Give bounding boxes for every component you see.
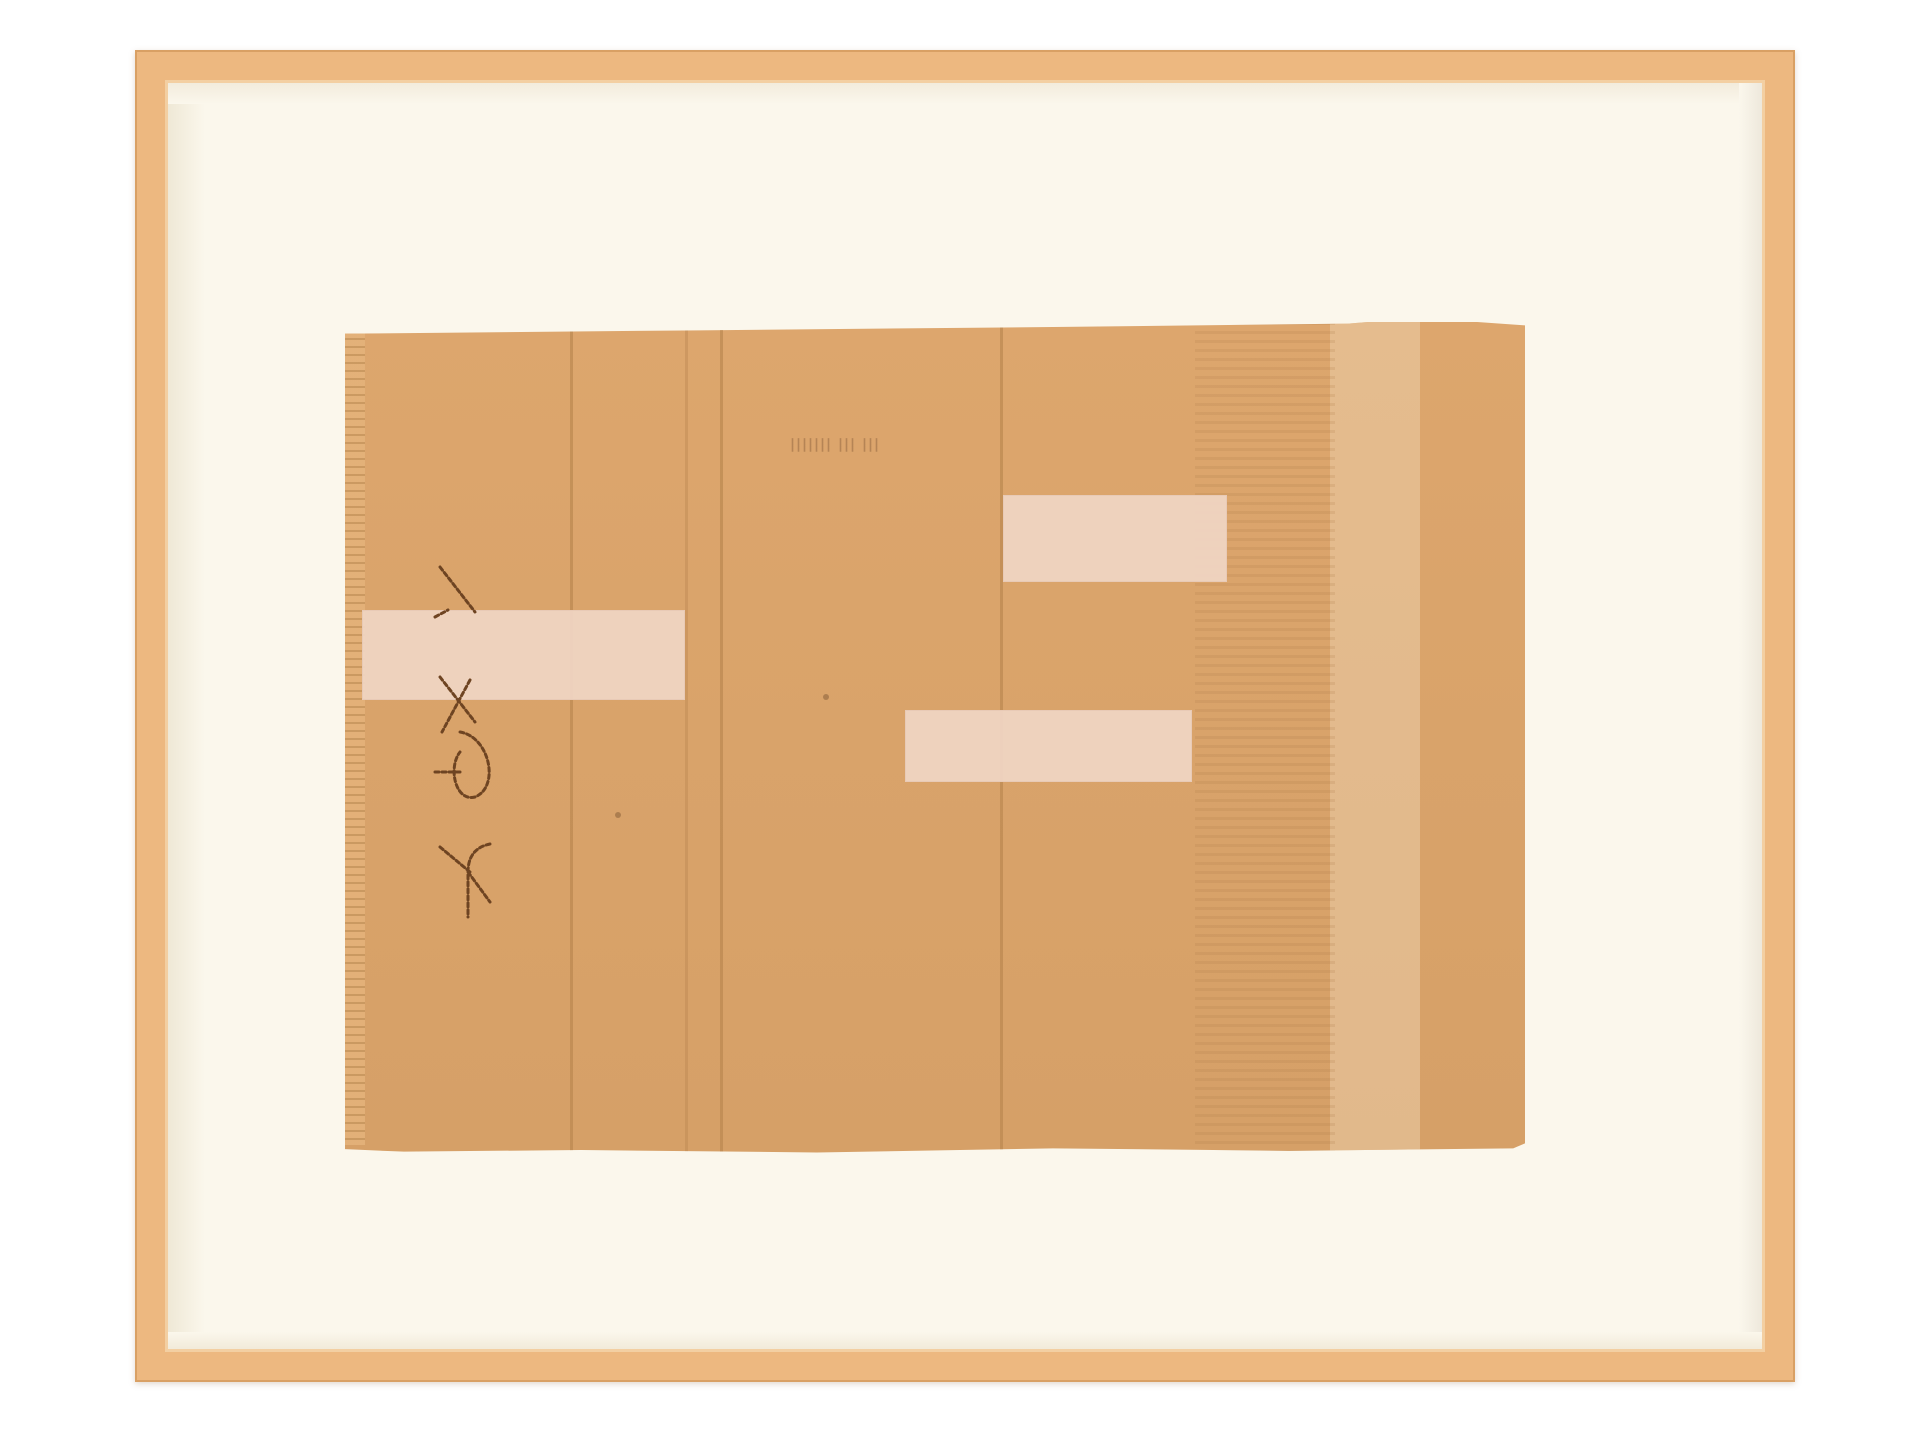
mat-board: ꞁꞁꞁꞁꞁꞁꞁ ꞁꞁꞁ ꞁꞁꞁ: [165, 80, 1765, 1352]
corrugation-ribs: [1195, 322, 1335, 1155]
mark-dot: [615, 812, 621, 818]
mat-shadow: [165, 80, 205, 1352]
picture-frame: ꞁꞁꞁꞁꞁꞁꞁ ꞁꞁꞁ ꞁꞁꞁ: [135, 50, 1795, 1382]
tape-strip: [362, 610, 685, 700]
mat-shadow: [1739, 80, 1765, 1352]
mark-dot: [823, 694, 829, 700]
tape-strip: [905, 710, 1192, 782]
crease-line: [570, 322, 573, 1155]
crease-line: [685, 322, 688, 1155]
corrugated-edge: [345, 332, 365, 1145]
mat-shadow: [165, 1332, 1765, 1352]
crease-line: [720, 322, 723, 1155]
mat-shadow: [165, 80, 1765, 104]
tape-strip: [1003, 495, 1227, 582]
stamped-text: ꞁꞁꞁꞁꞁꞁꞁ ꞁꞁꞁ ꞁꞁꞁ: [790, 432, 880, 453]
light-cardboard-strip: [1330, 322, 1420, 1155]
cardboard-artwork: ꞁꞁꞁꞁꞁꞁꞁ ꞁꞁꞁ ꞁꞁꞁ: [345, 322, 1525, 1155]
handwritten-marks: [420, 562, 510, 942]
